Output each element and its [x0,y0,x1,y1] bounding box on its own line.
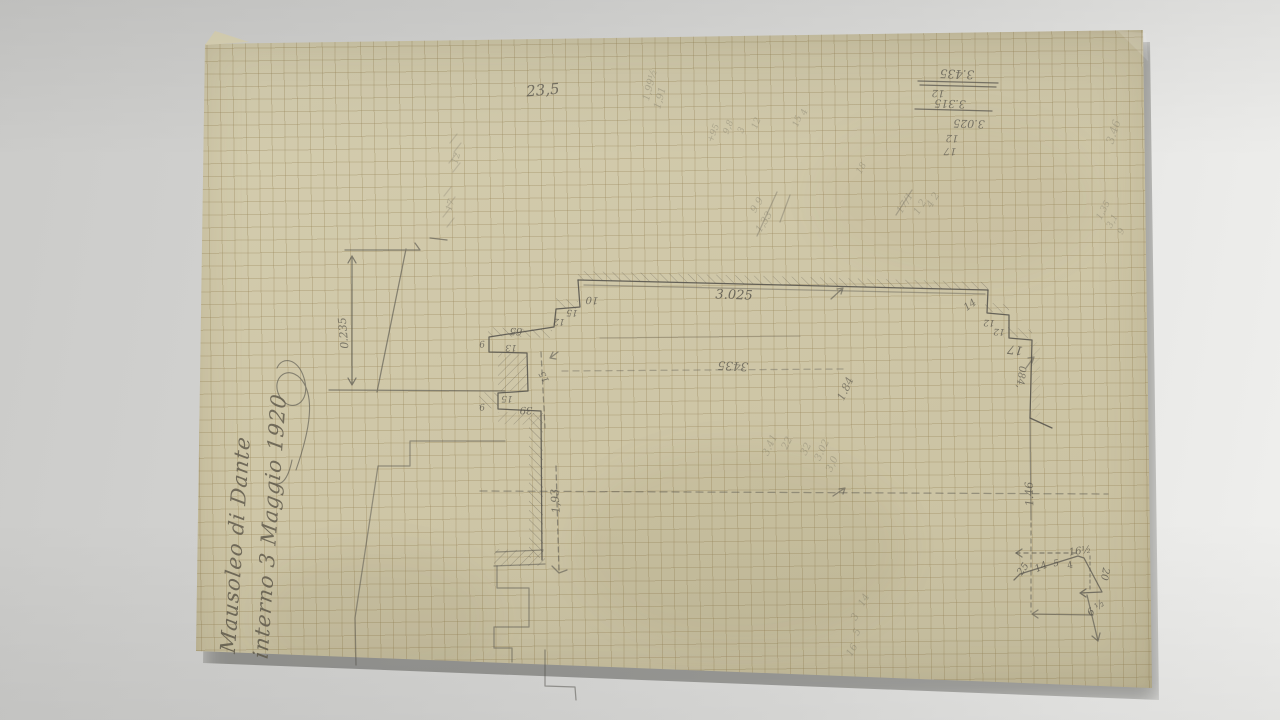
step-dim: 9 [478,401,485,411]
sheet-note-label: 23,5 [524,80,560,101]
pencil-drawing: 23,5 3.025 3435 0.235 1,93 1.46 1.84 10 … [0,0,1280,720]
step-dim: 14 [962,297,979,313]
calc-addend: 17 [943,145,957,156]
step-dim: 084, [1014,365,1028,388]
dim-right-drop: 1.46 [1023,482,1037,507]
calc-addend: 12 [931,87,944,98]
step-dim: 13 [505,342,517,352]
faint-note: 3.46 [1104,118,1124,145]
faint-note: 17 [445,198,458,212]
detail-dim: 4 [1065,560,1075,572]
faint-note: 15 [791,114,805,129]
faint-note: 12 [451,151,464,165]
step-dim: 10 [585,294,599,306]
step-dim: 12 [553,316,565,327]
faint-note: 3.41 [761,433,780,458]
calc-addend: 12 [945,132,958,143]
faint-note: 12 [750,116,764,131]
step-dim: 15 [538,369,552,384]
detail-dim: 20 [1098,566,1111,582]
profile-linework [272,81,1108,700]
faint-note: 4 2 [924,191,942,211]
dim-mid-width: 3435 [717,358,748,374]
detail-dim: 5 [1052,559,1060,570]
step-dim: 65 [510,325,523,336]
faint-note: 9 [1116,226,1128,236]
faint-note: 18 [855,161,870,176]
calc-total: 3.435 [940,66,975,81]
profile-hatching [479,271,1040,566]
step-dim: 17 [1006,342,1023,358]
pencil-annotations: 23,5 3.025 3435 0.235 1,93 1.46 1.84 10 … [336,66,1112,618]
calc-addend: 3.025 [953,116,985,130]
faint-note: 16 [844,641,860,658]
dim-diagonal: 1.84 [834,375,856,403]
faint-note: +95 [706,122,722,144]
faint-note: 32 [799,441,814,457]
dim-left-height: 0.235 [336,317,352,350]
detail-dim: 25 [1015,561,1032,579]
faint-note: 22 [779,435,795,452]
faint-note: 3,0 [824,454,841,474]
dim-top-width: 3.025 [715,287,753,303]
faint-note: 3 [849,612,862,623]
faint-note: 9,8 [722,119,737,136]
faint-note: 3 [736,126,748,135]
step-dim: 12 [983,317,995,328]
detail-dim: 16½ [1068,544,1092,558]
faint-note: 5 [851,627,864,638]
detail-dim: 14 [1033,560,1049,575]
dim-left-drop: 1,93 [548,488,563,513]
step-dim: 9 [478,338,485,348]
photo-backdrop: 23,5 3.025 3435 0.235 1,93 1.46 1.84 10 … [0,0,1280,720]
step-dim: 39 [519,404,533,415]
step-dim: 15 [501,393,513,403]
step-dim: 15 [566,307,578,318]
calc-subtotal: 3.315 [934,96,966,110]
step-dim: 12 [993,326,1005,337]
faint-note: 14 [856,592,872,609]
